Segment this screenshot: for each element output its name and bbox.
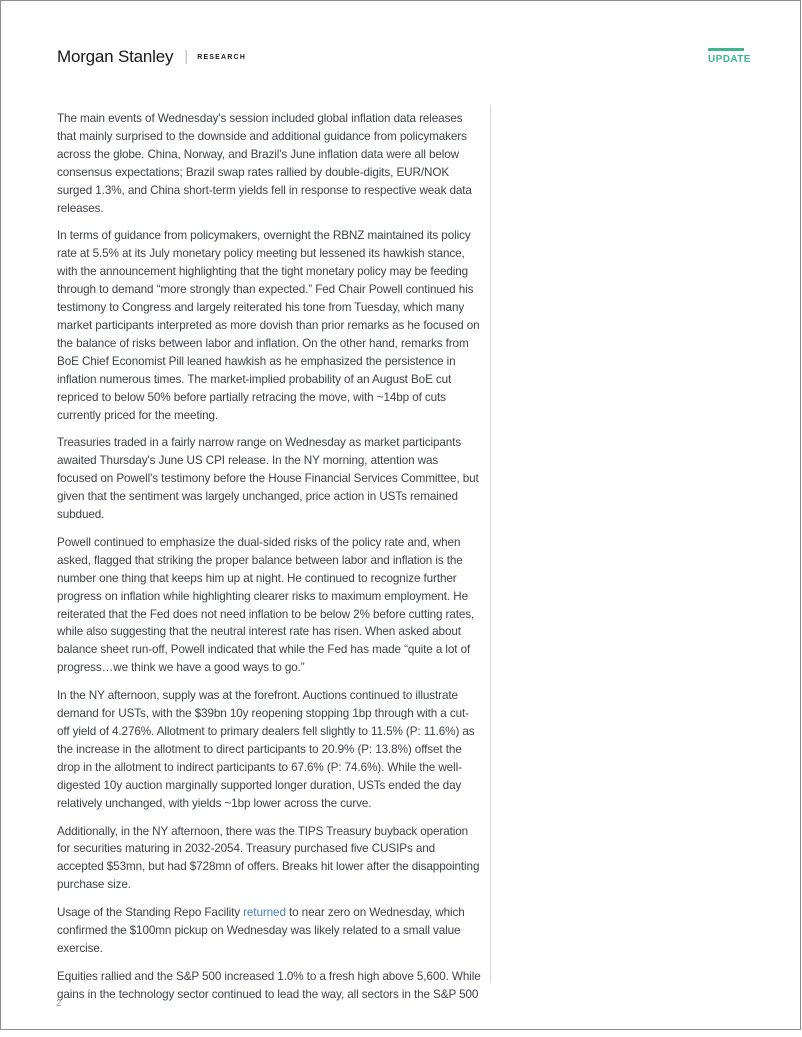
srf-text-before-link: Usage of the Standing Repo Facility: [57, 906, 243, 919]
morgan-stanley-logo: Morgan Stanley: [57, 48, 173, 65]
column-divider: [490, 105, 491, 983]
paragraph-policymaker-guidance: In terms of guidance from policymakers, …: [57, 227, 481, 424]
report-page: Morgan Stanley | RESEARCH UPDATE The mai…: [0, 0, 801, 1030]
brand-group: Morgan Stanley | RESEARCH: [57, 48, 246, 65]
update-badge-label: UPDATE: [708, 54, 751, 65]
article-body: The main events of Wednesday's session i…: [57, 110, 481, 1004]
paragraph-powell-testimony: Powell continued to emphasize the dual-s…: [57, 534, 481, 677]
paragraph-ny-afternoon-supply: In the NY afternoon, supply was at the f…: [57, 687, 481, 812]
paragraph-inflation-data: The main events of Wednesday's session i…: [57, 110, 481, 217]
paragraph-standing-repo-facility: Usage of the Standing Repo Facility retu…: [57, 904, 481, 958]
paragraph-tips-buyback: Additionally, in the NY afternoon, there…: [57, 823, 481, 895]
paragraph-equities-rally: Equities rallied and the S&P 500 increas…: [57, 968, 481, 1004]
report-header: Morgan Stanley | RESEARCH UPDATE: [57, 45, 744, 67]
update-badge: UPDATE: [708, 48, 744, 65]
page-number: 2: [56, 998, 61, 1009]
paragraph-treasuries-range: Treasuries traded in a fairly narrow ran…: [57, 434, 481, 524]
update-accent-bar: [708, 48, 744, 51]
brand-separator: |: [184, 49, 188, 64]
research-label: RESEARCH: [197, 54, 246, 61]
returned-link[interactable]: returned: [243, 906, 286, 919]
